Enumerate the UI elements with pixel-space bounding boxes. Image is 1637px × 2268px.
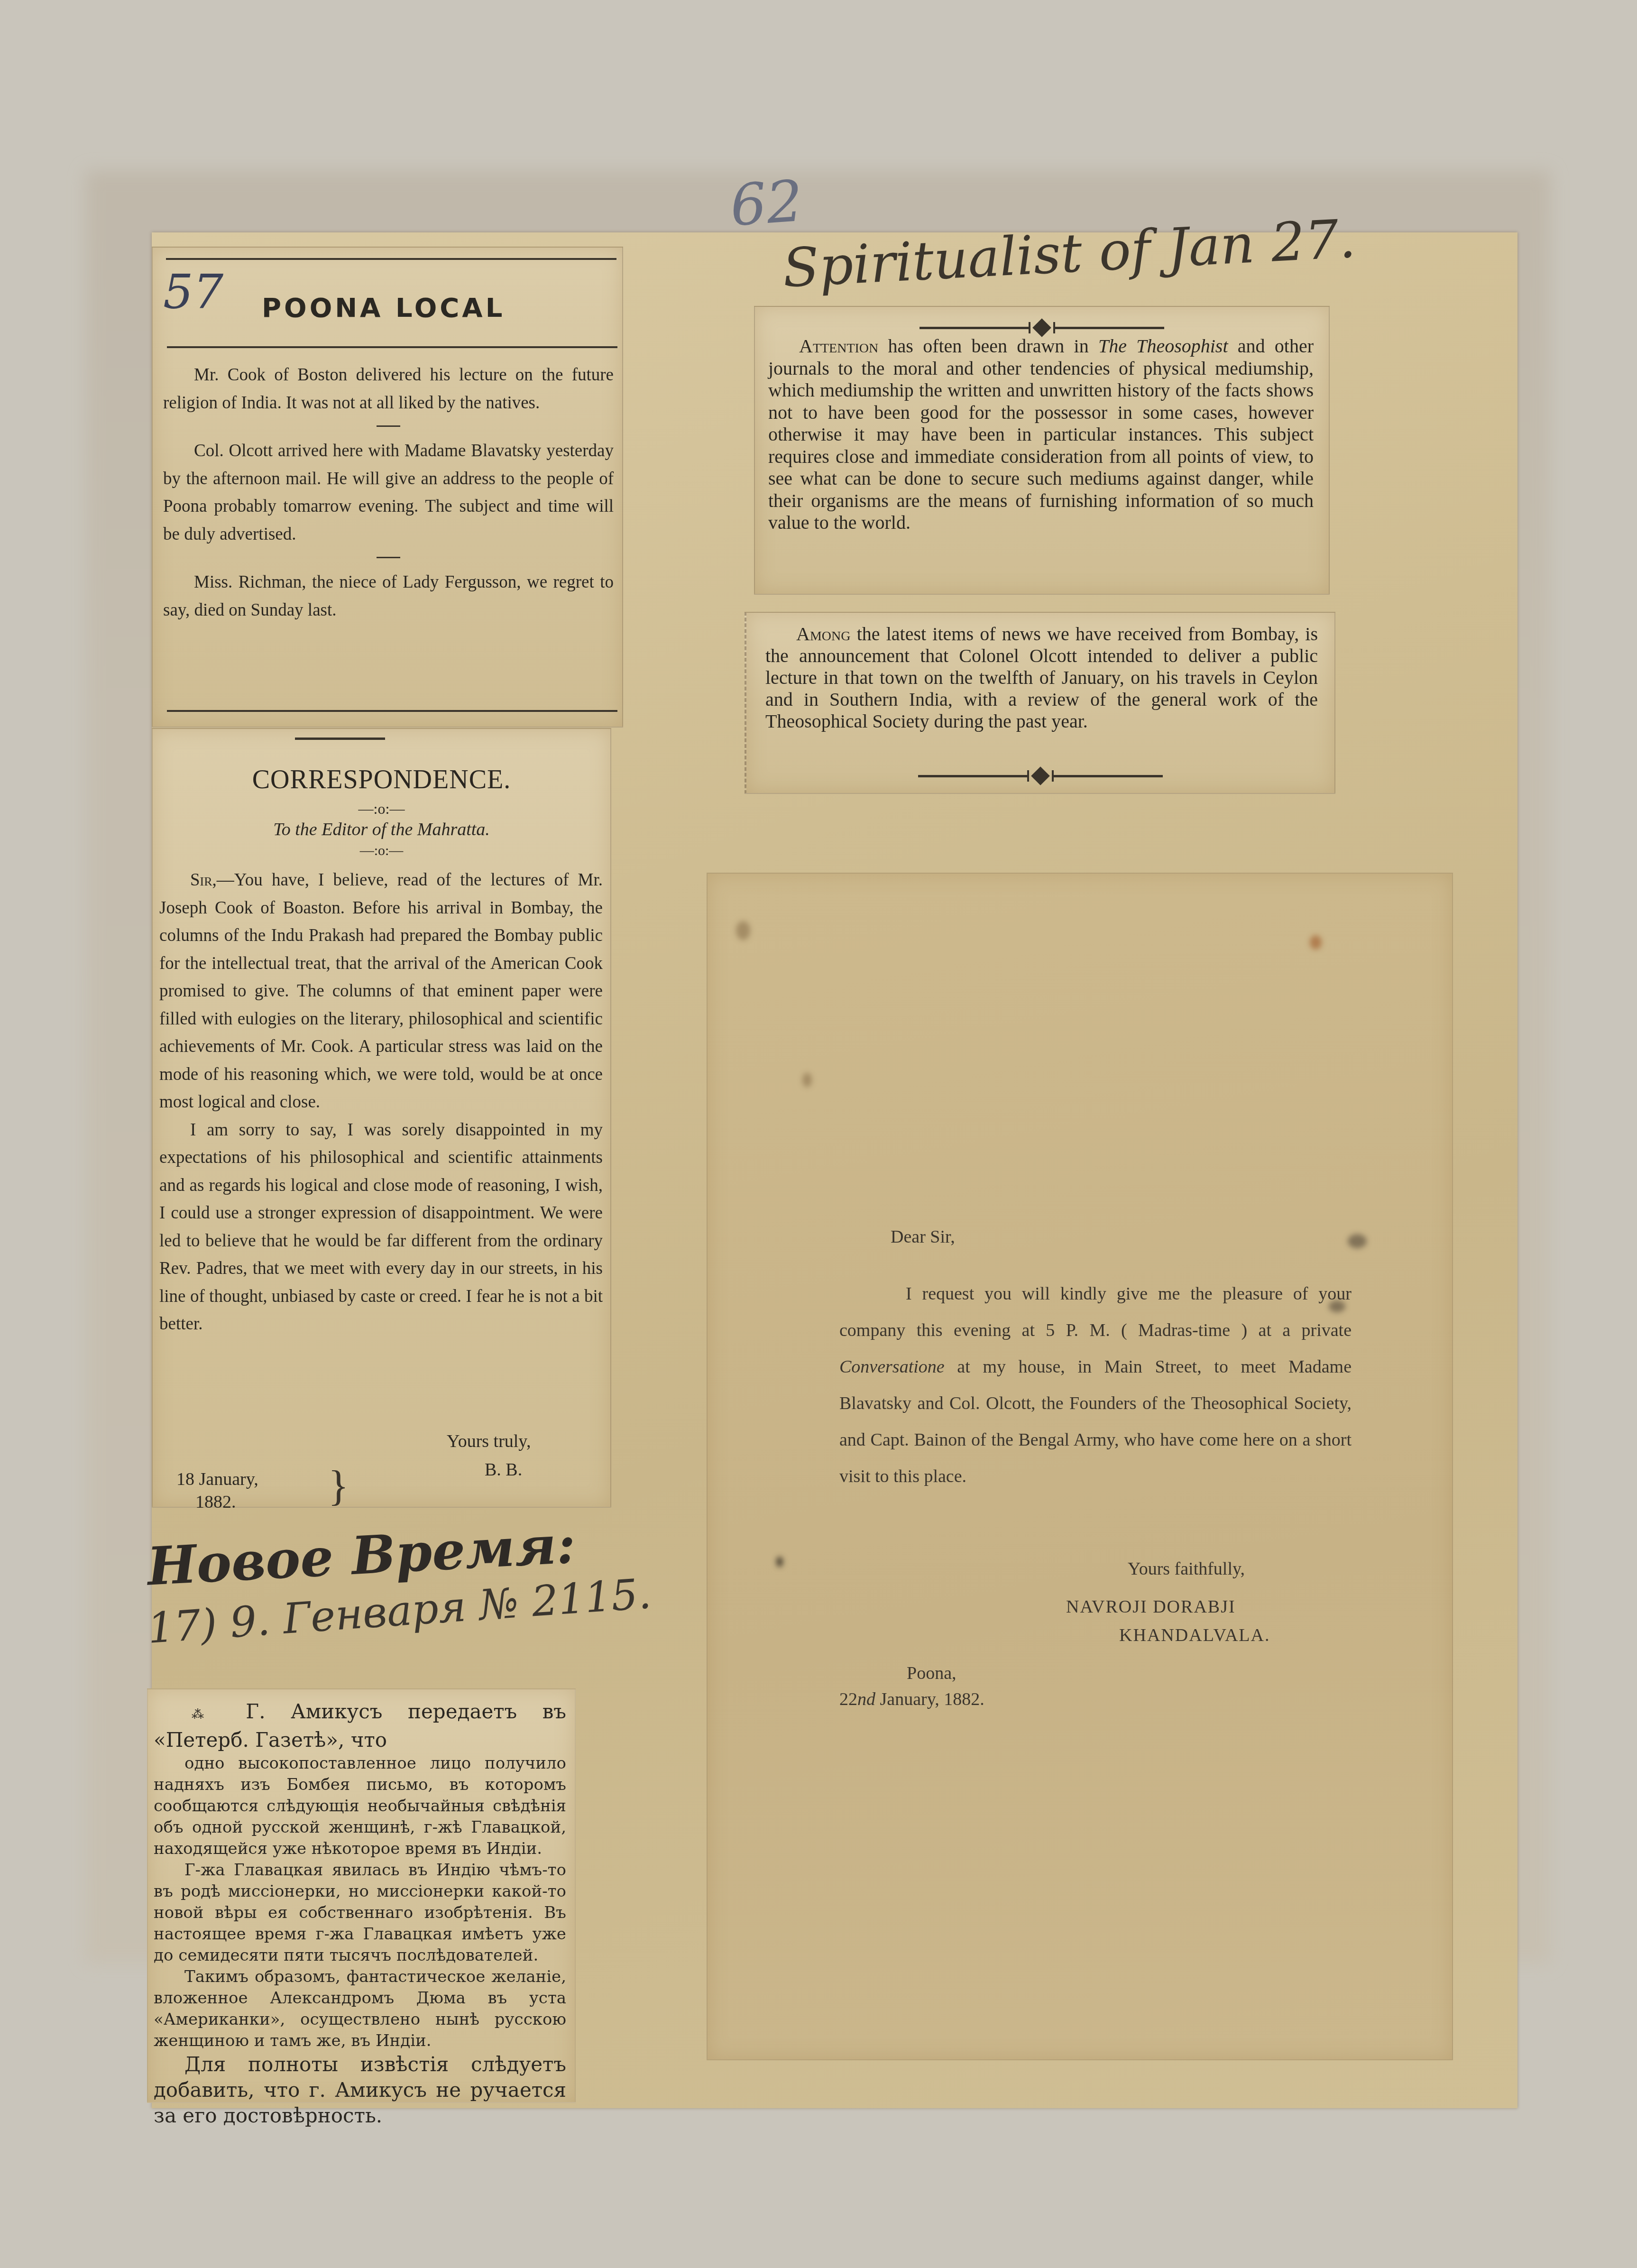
news-item: Col. Olcott arrived here with Madame Bla…: [163, 437, 614, 548]
clipping-paragraph: Г-жа Главацкая явилась въ Индію чѣмъ-то …: [154, 1860, 566, 1966]
closing: Yours truly,: [447, 1431, 531, 1452]
letter-paragraph: Sir,—You have, I believe, read of the le…: [159, 867, 603, 1116]
clipping-paragraph: одно высокопоставленное лицо получило на…: [154, 1753, 566, 1860]
letter-paragraph: I am sorry to say, I was sorely disappoi…: [159, 1116, 603, 1338]
letter-date: 22nd January, 1882.: [839, 1681, 984, 1718]
section-heading: POONA LOCAL: [262, 293, 505, 323]
item-divider: [377, 425, 400, 427]
correspondence-clipping: CORRESPONDENCE. —:o:— To the Editor of t…: [152, 728, 611, 1508]
divider: —:o:—: [153, 800, 610, 818]
among-clipping: Among the latest items of news we have r…: [745, 612, 1335, 794]
folio-number: 62: [728, 168, 805, 239]
brace: }: [328, 1465, 349, 1508]
letter-closing: Yours faithfully,: [1128, 1551, 1245, 1587]
date-line: 1882.: [195, 1492, 236, 1512]
attention-clipping: Attention has often been drawn in The Th…: [754, 306, 1330, 595]
divider: —:o:—: [153, 843, 610, 859]
heading-rule: [167, 346, 617, 348]
date-line: 18 January,: [176, 1469, 258, 1490]
conversatione-word: Conversatione: [839, 1357, 945, 1377]
asterism-icon: ⁂: [192, 1707, 246, 1722]
signature-line-2: KHANDALVALA.: [1119, 1617, 1270, 1654]
clipping-paragraph: Among the latest items of news we have r…: [765, 623, 1318, 732]
section-heading: CORRESPONDENCE.: [153, 765, 610, 795]
clipping-paragraph: Для полноты извѣстія слѣдуетъ добавить, …: [154, 2052, 566, 2129]
addressee: To the Editor of the Mahratta.: [153, 819, 610, 840]
clipping-paragraph: Attention has often been drawn in The Th…: [768, 335, 1314, 534]
top-rule: [166, 258, 616, 260]
clipping-lead: ⁂ Г. Амикусъ передаетъ въ «Петерб. Газет…: [154, 1699, 566, 1753]
poona-local-clipping: 57 POONA LOCAL Mr. Cook of Boston delive…: [152, 247, 623, 728]
salutation-sir: Sir,: [190, 870, 217, 890]
russian-clipping: ⁂ Г. Амикусъ передаетъ въ «Петерб. Газет…: [147, 1688, 576, 2103]
journal-title: The Theosophist: [1098, 335, 1228, 357]
handwritten-number: 57: [163, 264, 223, 320]
top-rule: [295, 738, 385, 740]
clipping-paragraph: Такимъ образомъ, фантастическое желаніе,…: [154, 1966, 566, 2052]
signature: B. B.: [485, 1459, 522, 1480]
news-item: Miss. Richman, the niece of Lady Ferguss…: [163, 569, 614, 624]
letter-body: I request you will kindly give me the pl…: [839, 1276, 1352, 1495]
letter-salutation: Dear Sir,: [891, 1219, 955, 1255]
item-divider: [377, 557, 400, 558]
bottom-rule: [167, 710, 617, 712]
news-item: Mr. Cook of Boston delivered his lecture…: [163, 361, 614, 417]
ornament-divider: [746, 769, 1334, 783]
ornament-divider: [755, 321, 1329, 334]
